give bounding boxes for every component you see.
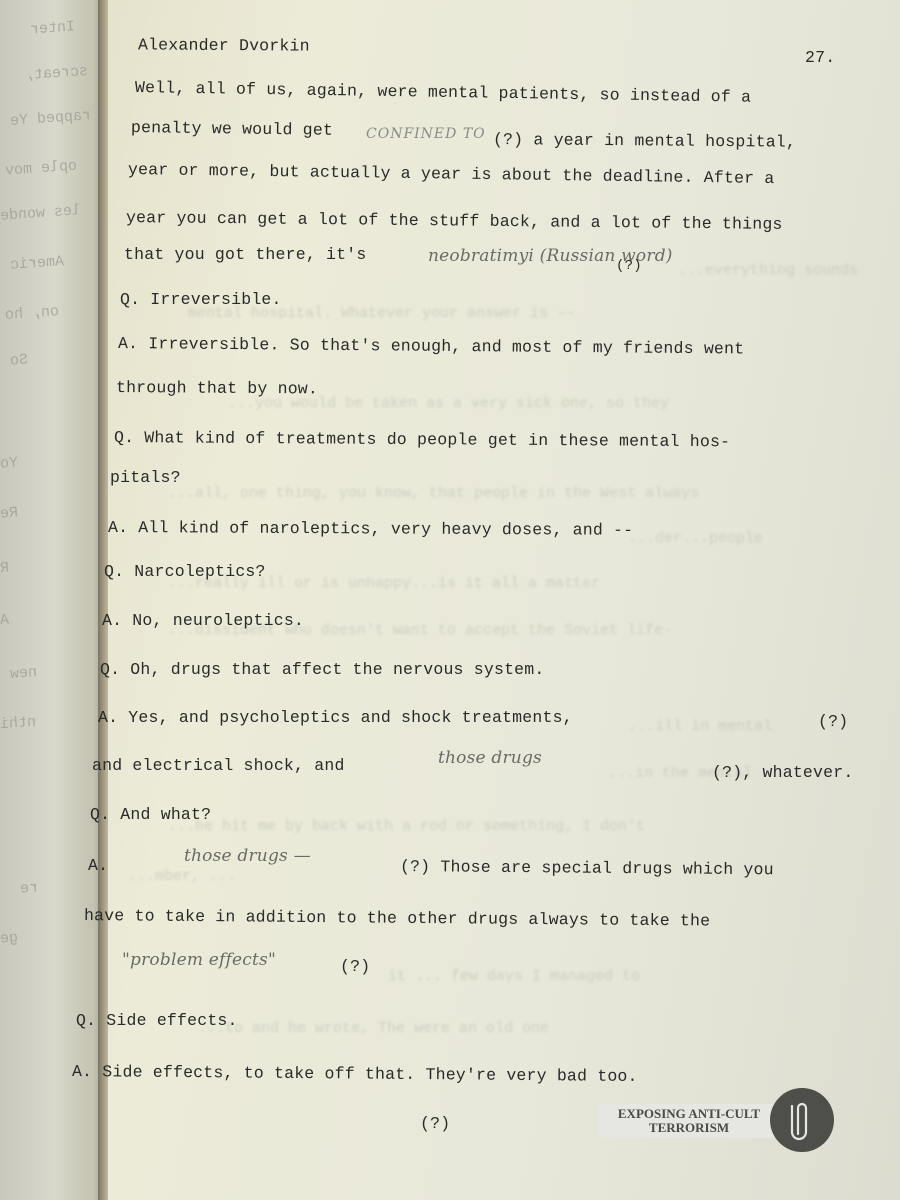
bleed-through-text: ...he hit me by back with a rod or somet… [168, 818, 645, 835]
page-number: 27. [805, 48, 835, 67]
watermark-banner: EXPOSING ANTI-CULT TERRORISM [598, 1104, 780, 1138]
uncertain-marker: (?) [420, 1114, 450, 1133]
transcript-line-answer: A. All kind of naroleptics, very heavy d… [108, 518, 633, 540]
bleed-through-text: it ... few days I managed to [388, 968, 640, 985]
transcript-line: year you can get a lot of the stuff back… [126, 208, 783, 234]
transcript-line-question: Q. Oh, drugs that affect the nervous sys… [100, 660, 544, 679]
handwritten-annotation: those drugs — [184, 846, 311, 866]
ghost-text: So [9, 351, 28, 369]
ghost-text: ople mov [4, 158, 77, 180]
ghost-text: new [9, 664, 37, 683]
transcript-line: (?), whatever. [712, 763, 853, 782]
ghost-text: R [0, 560, 10, 578]
ghost-text: rapped Ye [10, 107, 92, 130]
ghost-text: Inter [29, 18, 75, 38]
ghost-text: Americ [9, 253, 64, 274]
uncertain-marker: (?) [616, 258, 642, 274]
ghost-text: ge [0, 929, 19, 947]
ghost-text: nthi [0, 714, 37, 733]
ghost-text: Yo [0, 454, 19, 472]
uncertain-marker: (?) [340, 957, 370, 976]
ghost-text: les wonde [0, 202, 82, 225]
ghost-text: on, ho [4, 303, 59, 324]
handwritten-annotation: CONFINED TO [366, 126, 486, 142]
transcript-line: year or more, but actually a year is abo… [128, 160, 775, 188]
transcript-line: (?) Those are special drugs which you [400, 857, 774, 879]
handwritten-annotation: "problem effects" [122, 950, 276, 970]
transcript-line: penalty we would get [131, 118, 333, 140]
bleed-through-text: ...mber, ... [128, 868, 236, 885]
transcript-line: and electrical shock, and [92, 756, 345, 775]
handwritten-annotation: those drugs [438, 748, 542, 768]
bleed-through-text: ...der...people [628, 530, 763, 547]
ghost-text: screat, [24, 63, 88, 84]
transcript-line-answer: A. Yes, and psycholeptics and shock trea… [98, 708, 573, 727]
transcript-line-question: Q. Irreversible. [120, 290, 282, 309]
transcript-line: that you got there, it's [124, 245, 366, 264]
watermark-line2: TERRORISM [649, 1121, 729, 1135]
transcript-line: through that by now. [116, 378, 318, 398]
bleed-through-text: ...everything sounds [678, 262, 858, 279]
transcript-line-answer: A. Side effects, to take off that. They'… [72, 1062, 638, 1086]
paperclip-icon [770, 1088, 834, 1152]
watermark-line1: EXPOSING ANTI-CULT [618, 1107, 760, 1121]
ghost-text: A [0, 612, 10, 630]
uncertain-marker: (?) [818, 712, 848, 731]
bleed-through-text: ...ill in mental [628, 718, 772, 735]
transcript-line-answer: A. Irreversible. So that's enough, and m… [118, 334, 744, 358]
transcript-line-question: Q. What kind of treatments do people get… [114, 428, 730, 451]
transcript-line-answer: A. No, neuroleptics. [102, 611, 304, 630]
transcript-line-question: Q. Narcoleptics? [104, 562, 266, 581]
transcript-line: (?) a year in mental hospital, [493, 130, 796, 152]
header-name: Alexander Dvorkin [138, 35, 310, 55]
transcript-line-answer: A. [88, 856, 108, 875]
transcript-page: ...everything sounds mental hospital. Wh… [108, 0, 900, 1200]
bleed-through-text: ...all, one thing, you know, that people… [168, 485, 699, 502]
bleed-through-text: ...to and he wrote, The were an old one [198, 1020, 549, 1037]
transcript-line-question: Q. And what? [90, 805, 211, 824]
ghost-text: re [19, 879, 38, 897]
transcript-line: have to take in addition to the other dr… [84, 906, 710, 930]
transcript-line: pitals? [110, 468, 181, 487]
transcript-line-question: Q. Side effects. [76, 1011, 238, 1030]
ghost-text: Re [0, 504, 19, 522]
transcript-line: Well, all of us, again, were mental pati… [135, 78, 751, 107]
